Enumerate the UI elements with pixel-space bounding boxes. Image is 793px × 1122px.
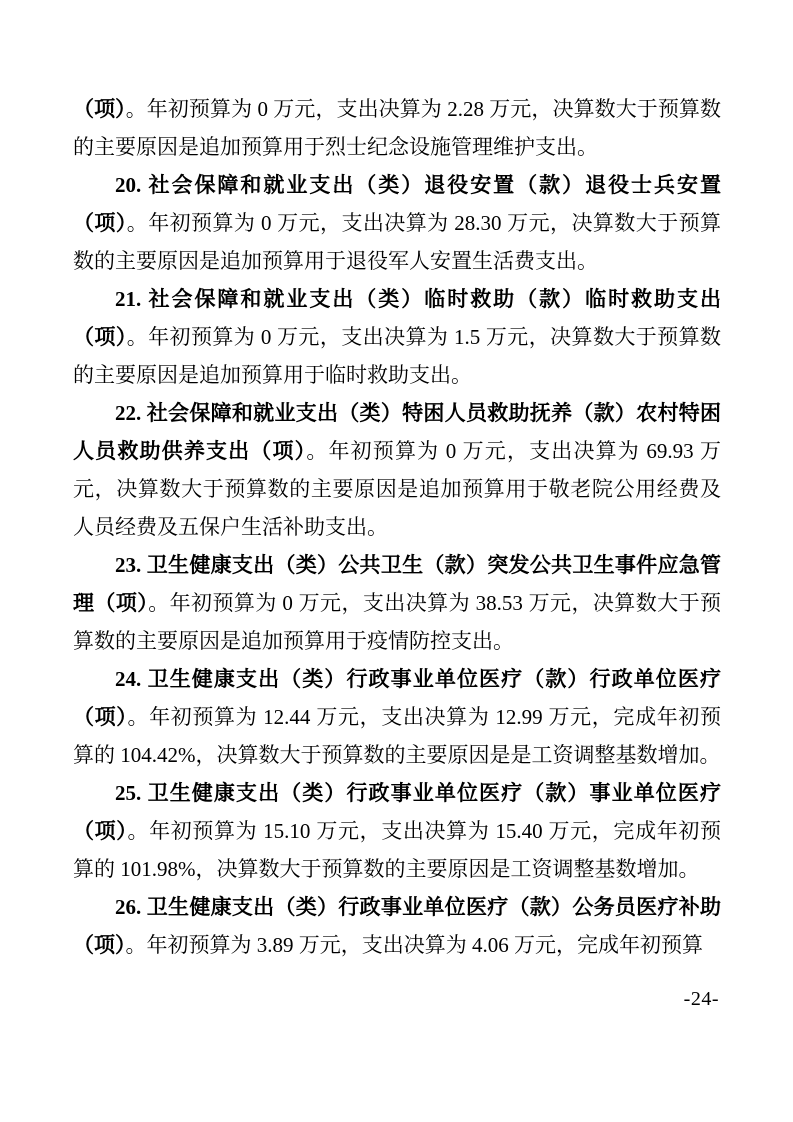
budget-item-paragraph-22: 22. 社会保障和就业支出（类）特困人员救助抚养（款）农村特困人员救助供养支出（…: [73, 394, 721, 546]
budget-item-paragraph-26: 26. 卫生健康支出（类）行政事业单位医疗（款）公务员医疗补助（项）。年初预算为…: [73, 888, 721, 964]
item-body-text: 。年初预算为 0 万元，支出决算为 38.53 万元，决算数大于预算数的主要原因…: [73, 591, 721, 653]
item-body-text: 。年初预算为 12.44 万元，支出决算为 12.99 万元，完成年初预算的 1…: [73, 705, 721, 767]
budget-item-paragraph-19-continued: （项）。年初预算为 0 万元，支出决算为 2.28 万元，决算数大于预算数的主要…: [73, 90, 721, 166]
budget-item-paragraph-25: 25. 卫生健康支出（类）行政事业单位医疗（款）事业单位医疗（项）。年初预算为 …: [73, 774, 721, 888]
budget-item-paragraph-21: 21. 社会保障和就业支出（类）临时救助（款）临时救助支出（项）。年初预算为 0…: [73, 280, 721, 394]
item-body-text: 。年初预算为 0 万元，支出决算为 28.30 万元，决算数大于预算数的主要原因…: [73, 211, 721, 273]
budget-item-paragraph-23: 23. 卫生健康支出（类）公共卫生（款）突发公共卫生事件应急管理（项）。年初预算…: [73, 546, 721, 660]
budget-item-paragraph-20: 20. 社会保障和就业支出（类）退役安置（款）退役士兵安置（项）。年初预算为 0…: [73, 166, 721, 280]
budget-item-paragraph-24: 24. 卫生健康支出（类）行政事业单位医疗（款）行政单位医疗（项）。年初预算为 …: [73, 660, 721, 774]
page-number: -24-: [684, 986, 719, 1012]
item-body-text: 。年初预算为 0 万元，支出决算为 1.5 万元，决算数大于预算数的主要原因是追…: [73, 325, 721, 387]
item-body-text: 。年初预算为 0 万元，支出决算为 2.28 万元，决算数大于预算数的主要原因是…: [73, 97, 721, 159]
item-heading-fragment: （项）: [73, 97, 126, 121]
item-body-text: 。年初预算为 3.89 万元，支出决算为 4.06 万元，完成年初预算: [126, 933, 704, 957]
document-page: （项）。年初预算为 0 万元，支出决算为 2.28 万元，决算数大于预算数的主要…: [0, 0, 793, 1122]
item-body-text: 。年初预算为 15.10 万元，支出决算为 15.40 万元，完成年初预算的 1…: [73, 819, 721, 881]
document-body: （项）。年初预算为 0 万元，支出决算为 2.28 万元，决算数大于预算数的主要…: [73, 90, 721, 964]
